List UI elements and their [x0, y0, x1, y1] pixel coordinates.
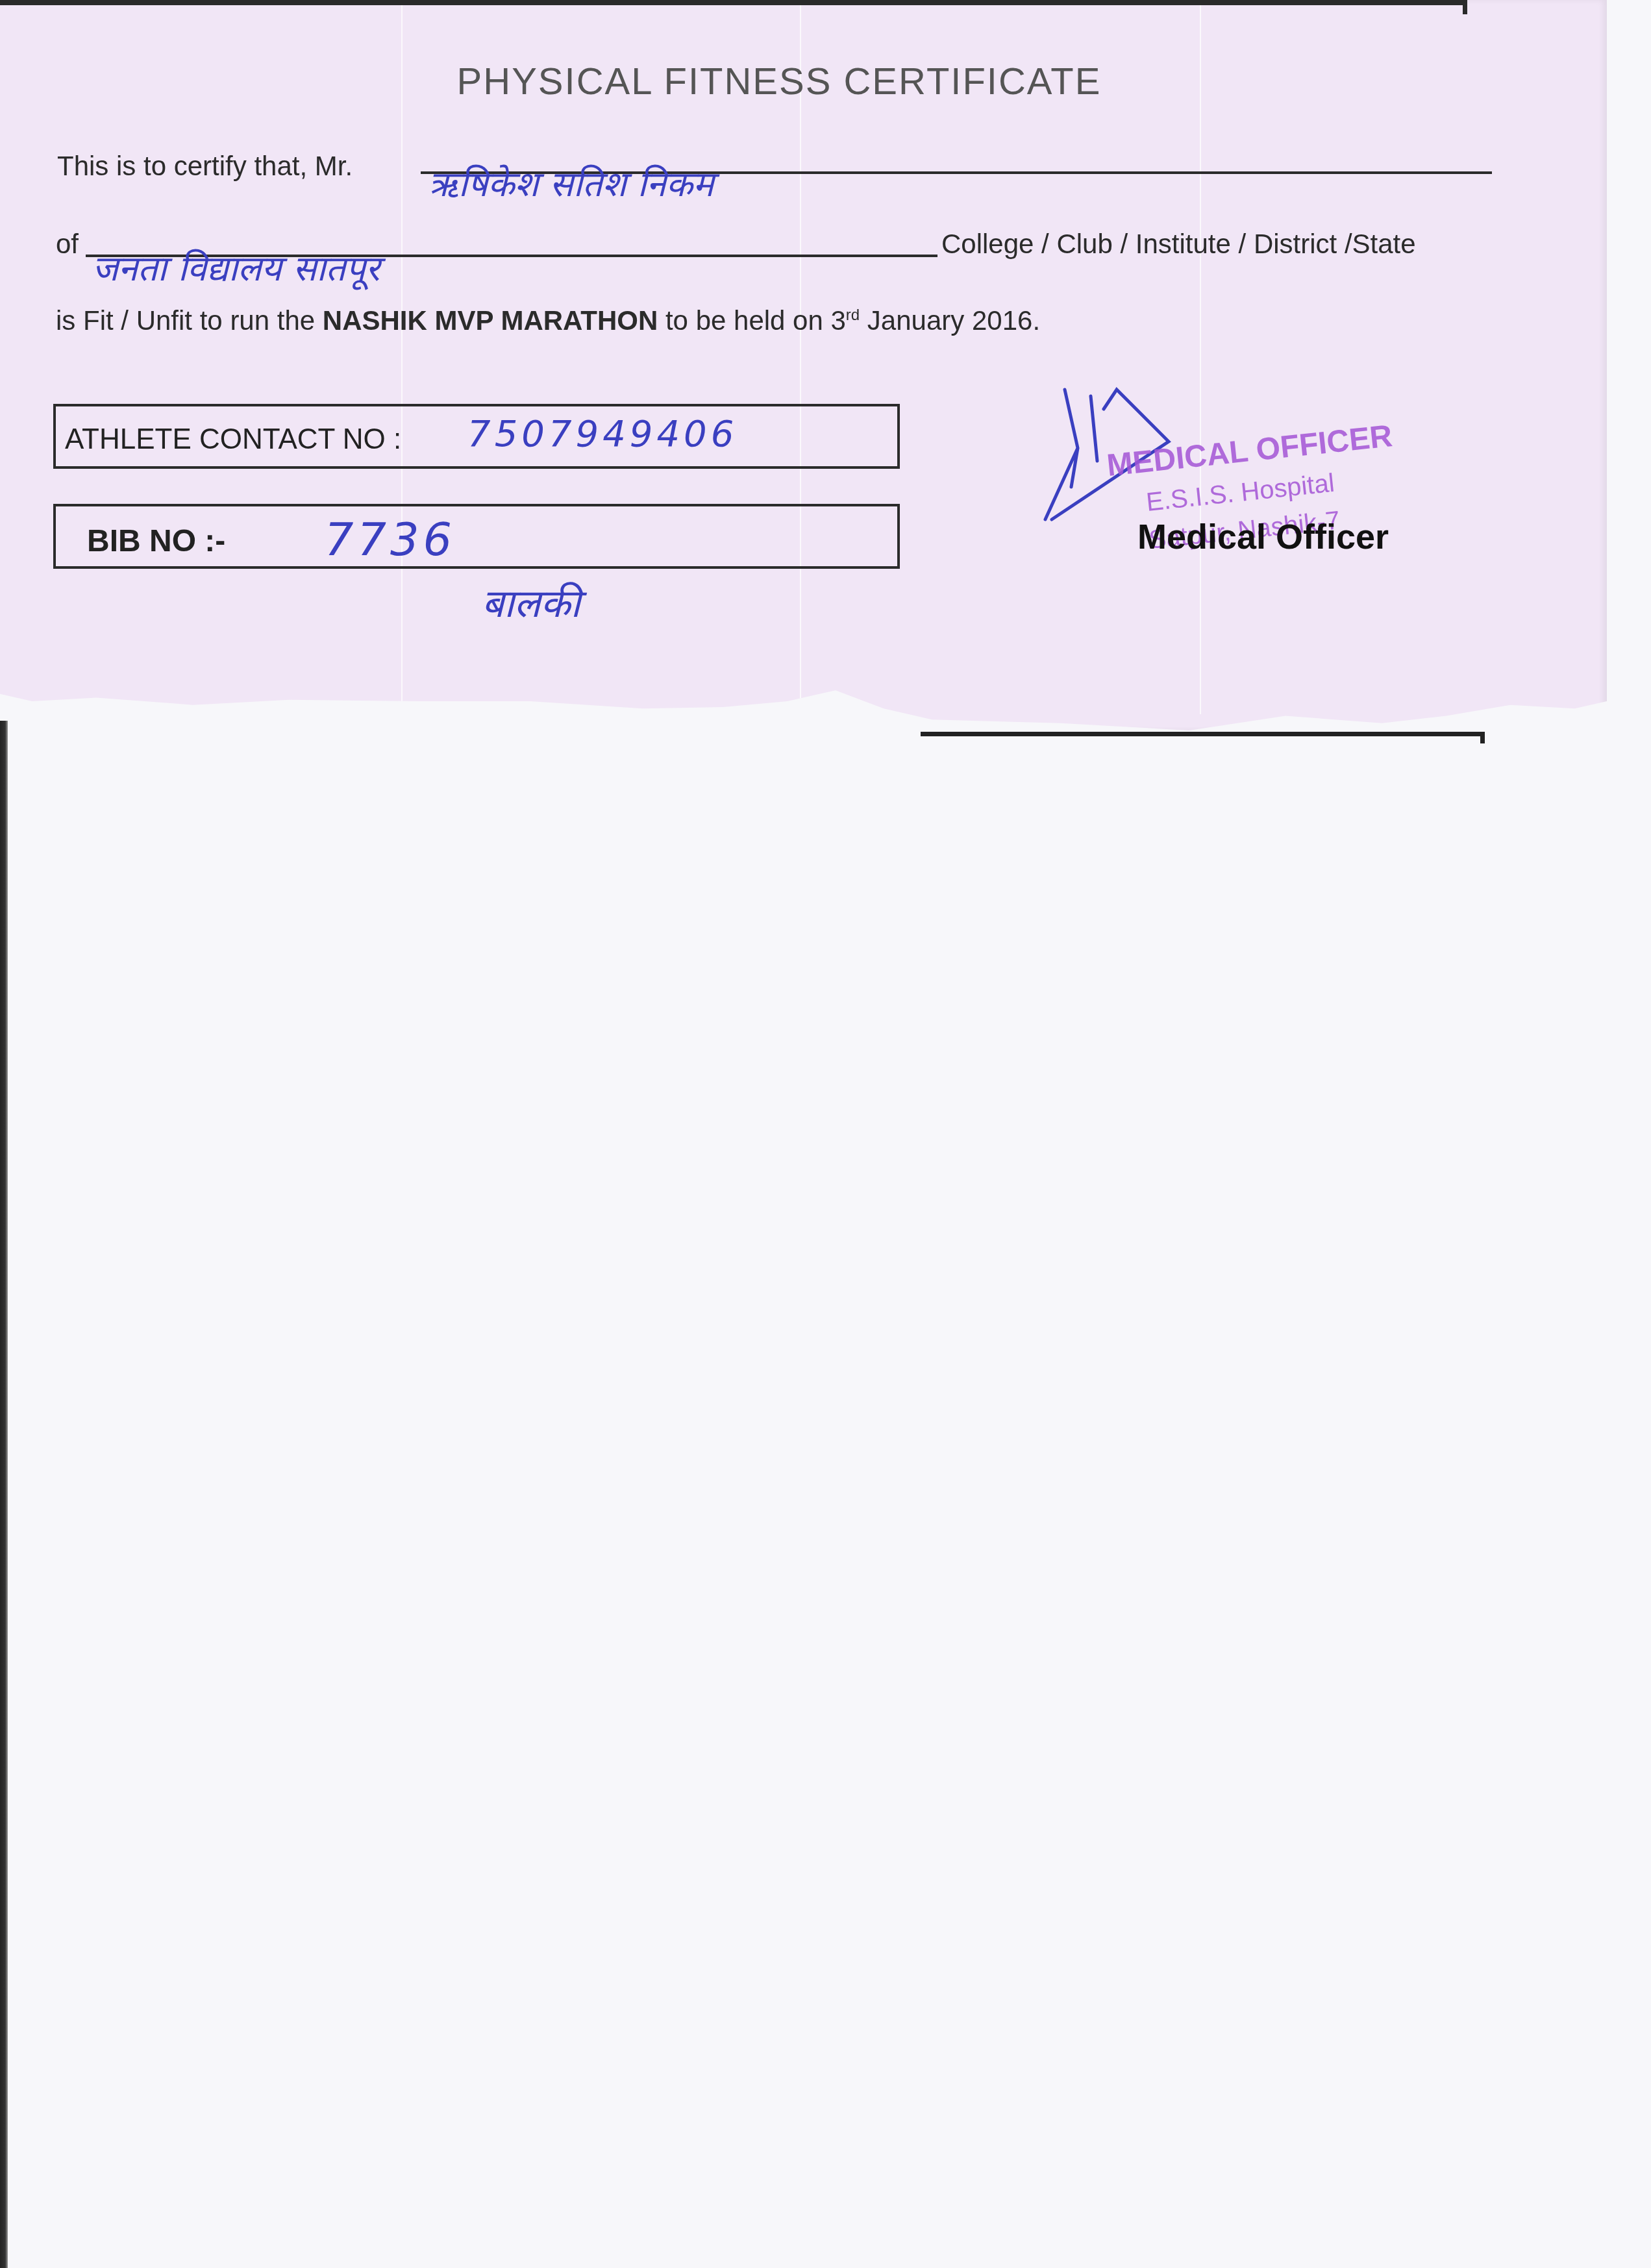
certify-prefix: This is to certify that, Mr. — [57, 151, 353, 182]
scanner-edge — [0, 721, 8, 2268]
signatory-label: Medical Officer — [1137, 517, 1389, 557]
bib-number: 7736 — [325, 513, 456, 566]
certificate-title: PHYSICAL FITNESS CERTIFICATE — [0, 60, 1558, 103]
top-border-line — [0, 0, 1467, 5]
event-name: NASHIK MVP MARATHON — [323, 305, 658, 336]
fold-crease — [800, 0, 801, 714]
of-label: of — [56, 229, 79, 260]
institution-name: जनता विद्यालय सातपूर — [92, 243, 380, 291]
bottom-border-corner — [1480, 732, 1485, 743]
fitness-statement: is Fit / Unfit to run the NASHIK MVP MAR… — [56, 305, 1040, 336]
athlete-name: ऋषिकेश सतिश निकम — [428, 158, 714, 206]
contact-number: 7507949406 — [467, 413, 738, 455]
contact-label: ATHLETE CONTACT NO : — [65, 423, 401, 456]
certificate-paper — [0, 0, 1607, 730]
bottom-border-line — [921, 732, 1484, 736]
fold-crease — [1200, 0, 1201, 714]
institution-suffix: College / Club / Institute / District /S… — [941, 229, 1416, 260]
fold-crease — [401, 0, 403, 714]
top-border-corner — [1463, 0, 1467, 14]
bib-label: BIB NO :- — [87, 523, 225, 559]
handwritten-note: बालकी — [482, 575, 580, 629]
